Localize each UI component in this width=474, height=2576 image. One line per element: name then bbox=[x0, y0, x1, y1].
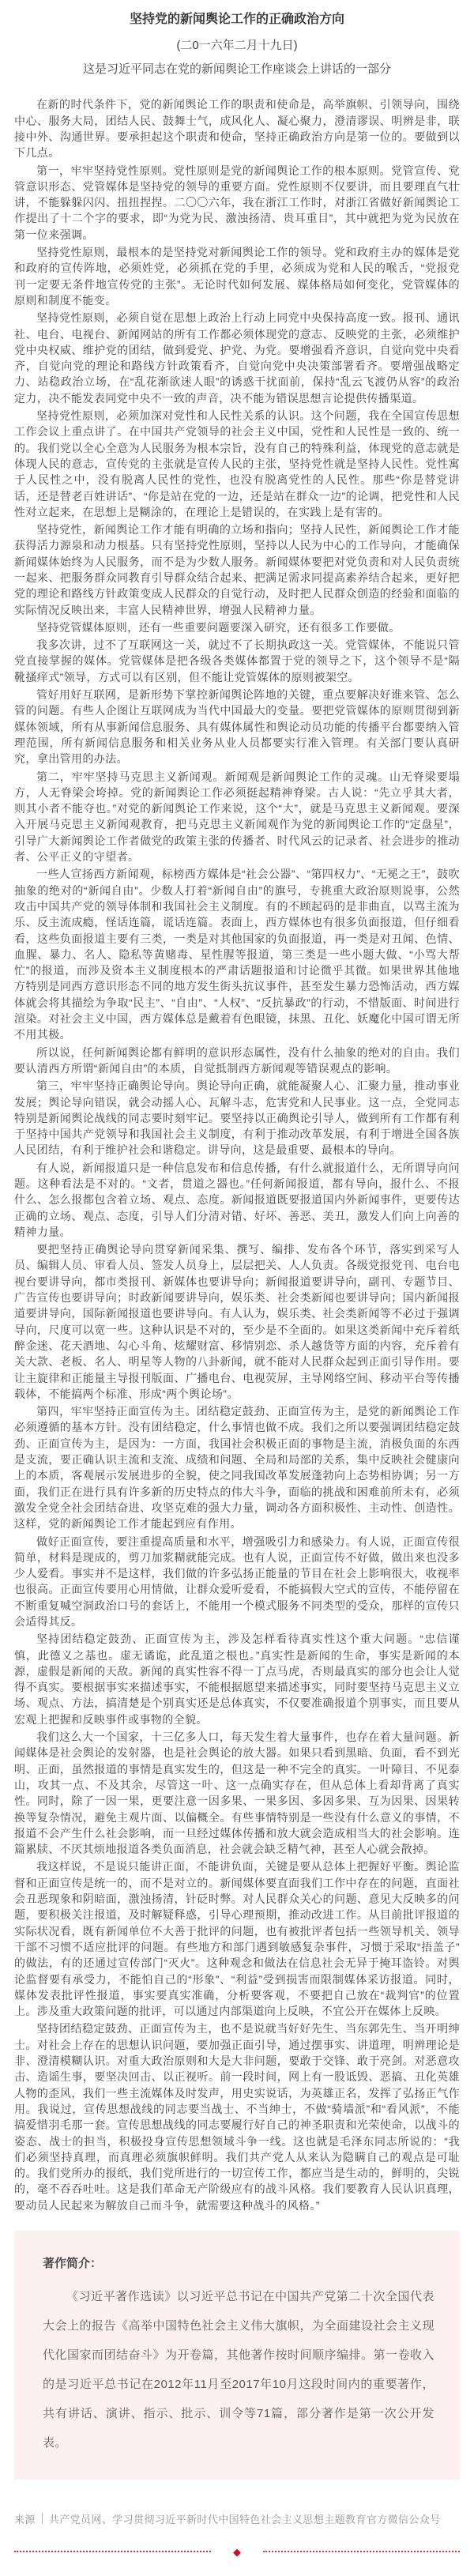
article-paragraph: 做好正面宣传，要注重提高质量和水平，增强吸引力和感染力。有人说，正面宣传很简单，… bbox=[14, 1534, 460, 1630]
source-separator bbox=[42, 2513, 43, 2524]
article-paragraph: 坚持党管媒体原则，还有一些重要问题要深入研究，还有很多工作要做。 bbox=[14, 620, 460, 635]
article-paragraph: 一些人宣扬西方新闻观，标榜西方媒体是“社会公器”、“第四权力”、“无冕之王”，鼓… bbox=[14, 866, 460, 1042]
divider-dotted-line-left bbox=[14, 2551, 211, 2552]
article-paragraph: 管好用好互联网，是新形势下掌控新闻舆论阵地的关键，重点要解决好谁来管、怎么管的问… bbox=[14, 687, 460, 766]
article-paragraph: 我们这么大一个国家，十三亿多人口，每天发生着大量事件，也存在着大量问题。新闻媒体… bbox=[14, 1729, 460, 1857]
article-paragraph: 坚持团结稳定鼓劲、正面宣传为主，也不是说就当好好先生、当东郭先生、当开明绅士。对… bbox=[14, 2021, 460, 2213]
article-paragraph: 所以说，任何新闻舆论都有鲜明的意识形态属性，没有什么抽象的绝对的自由。我们要认清… bbox=[14, 1045, 460, 1077]
source-label: 来源 bbox=[14, 2511, 36, 2526]
article-paragraph: 坚持党性原则，必须自觉在思想上政治上行动上同党中央保持高度一致。报刊、通讯社、电… bbox=[14, 310, 460, 406]
article-paragraph: 在新的时代条件下，党的新闻舆论工作的职责和使命是，高举旗帜、引领导向，围绕中心、… bbox=[14, 96, 460, 160]
footer-divider: ◆ bbox=[14, 2547, 460, 2557]
article-paragraph: 第四，牢牢坚持正面宣传为主。团结稳定鼓劲、正面宣传为主，是党的新闻舆论工作必须遵… bbox=[14, 1403, 460, 1531]
book-intro-text: 《习近平著作选读》以习近平总书记在中国共产党第二十次全国代表大会上的报告《高举中… bbox=[43, 2282, 434, 2457]
article-paragraph: 我这样说，不是说只能讲正面，不能讲负面，关键是要从总体上把握好平衡。舆论监督和正… bbox=[14, 1859, 460, 2019]
article-subtitle: 这是习近平同志在党的新闻舆论工作座谈会上讲话的一部分 bbox=[14, 61, 460, 77]
article-title: 坚持党的新闻舆论工作的正确政治方向 bbox=[14, 11, 460, 28]
article-paragraph: 要把坚持正确舆论导向贯穿新闻采集、撰写、编排、发布各个环节，落实到采写人员、编辑… bbox=[14, 1241, 460, 1402]
article-body: 在新的时代条件下，党的新闻舆论工作的职责和使命是，高举旗帜、引领导向，围绕中心、… bbox=[14, 96, 460, 2213]
article-paragraph: 坚持党性原则，必须加深对党性和人民性关系的认识。这个问题，我在全国宣传思想工作会… bbox=[14, 408, 460, 520]
divider-dotted-line-right bbox=[263, 2551, 460, 2552]
diamond-icon: ◆ bbox=[233, 2547, 241, 2557]
article-header: 坚持党的新闻舆论工作的正确政治方向 (二0一六年二月十九日) 这是习近平同志在党… bbox=[14, 11, 460, 77]
article-date: (二0一六年二月十九日) bbox=[14, 37, 460, 54]
article-paragraph: 坚持团结稳定鼓劲、正面宣传为主，涉及怎样看待真实性这个重大问题。“忠信谨慎，此德… bbox=[14, 1631, 460, 1727]
article-page: 坚持党的新闻舆论工作的正确政治方向 (二0一六年二月十九日) 这是习近平同志在党… bbox=[0, 0, 474, 2576]
article-paragraph: 第三，牢牢坚持正确舆论导向。舆论导向正确，就能凝聚人心、汇聚力量，推动事业发展；… bbox=[14, 1078, 460, 1158]
article-paragraph: 我多次讲，过不了互联网这一关，就过不了长期执政这一关。党管媒体，不能说只管党直接… bbox=[14, 637, 460, 685]
article-paragraph: 坚持党性，新闻舆论工作才能有明确的立场和指向；坚持人民性，新闻舆论工作才能获得活… bbox=[14, 522, 460, 618]
article-paragraph: 第一，牢牢坚持党性原则。党性原则是党的新闻舆论工作的根本原则。党管宣传、党管意识… bbox=[14, 163, 460, 243]
article-paragraph: 坚持党性原则，最根本的是坚持党对新闻舆论工作的领导。党和政府主办的媒体是党和政府… bbox=[14, 244, 460, 308]
book-intro-heading: 著作简介： bbox=[43, 2254, 434, 2271]
book-intro-box: 著作简介： 《习近平著作选读》以习近平总书记在中国共产党第二十次全国代表大会上的… bbox=[14, 2231, 460, 2480]
source-text: 共产党员网、学习贯彻习近平新时代中国特色社会主义思想主题教育官方微信公众号 bbox=[49, 2511, 441, 2526]
article-paragraph: 第二，牢牢坚持马克思主义新闻观。新闻观是新闻舆论工作的灵魂。山无脊梁要塌方，人无… bbox=[14, 769, 460, 865]
article-paragraph: 有人说，新闻报道只是一种信息发布和信息传播，有什么就报道什么，无所谓导向问题。这… bbox=[14, 1160, 460, 1240]
